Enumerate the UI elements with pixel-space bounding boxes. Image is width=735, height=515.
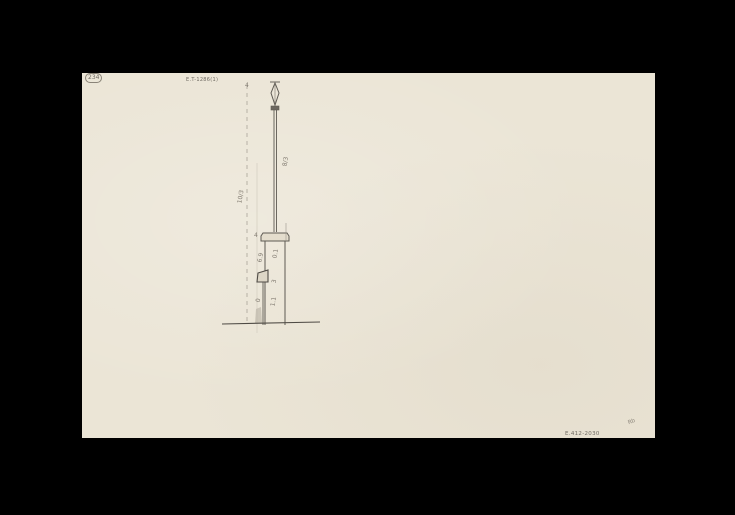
pedestal-mark-label: 3: [271, 279, 279, 284]
base-right-label: 1.1: [269, 296, 278, 307]
paper-sheet: 234 E.T-1286(1) E.412-2030 Rb: [82, 73, 655, 438]
top-tick-label: 4: [245, 82, 249, 89]
base-left-label: 0: [255, 298, 263, 303]
upper-body-right-label: 0.1: [271, 248, 280, 259]
cap-mark-label: 4: [254, 232, 258, 239]
ground-line: [222, 322, 320, 324]
base-shading: [255, 307, 262, 323]
pedestal-cap: [261, 233, 289, 241]
pole-shaft: [274, 110, 277, 232]
flagstaff-elevation-drawing: 4 10/3 8/3 4 6.9 0.1 3 0 1.1: [82, 73, 655, 438]
shaft-dimension-label: 8/3: [281, 156, 290, 167]
upper-body-left-label: 6.9: [256, 252, 265, 263]
left-dimension-label: 10/3: [236, 189, 245, 204]
finial-spearhead: [270, 82, 280, 110]
